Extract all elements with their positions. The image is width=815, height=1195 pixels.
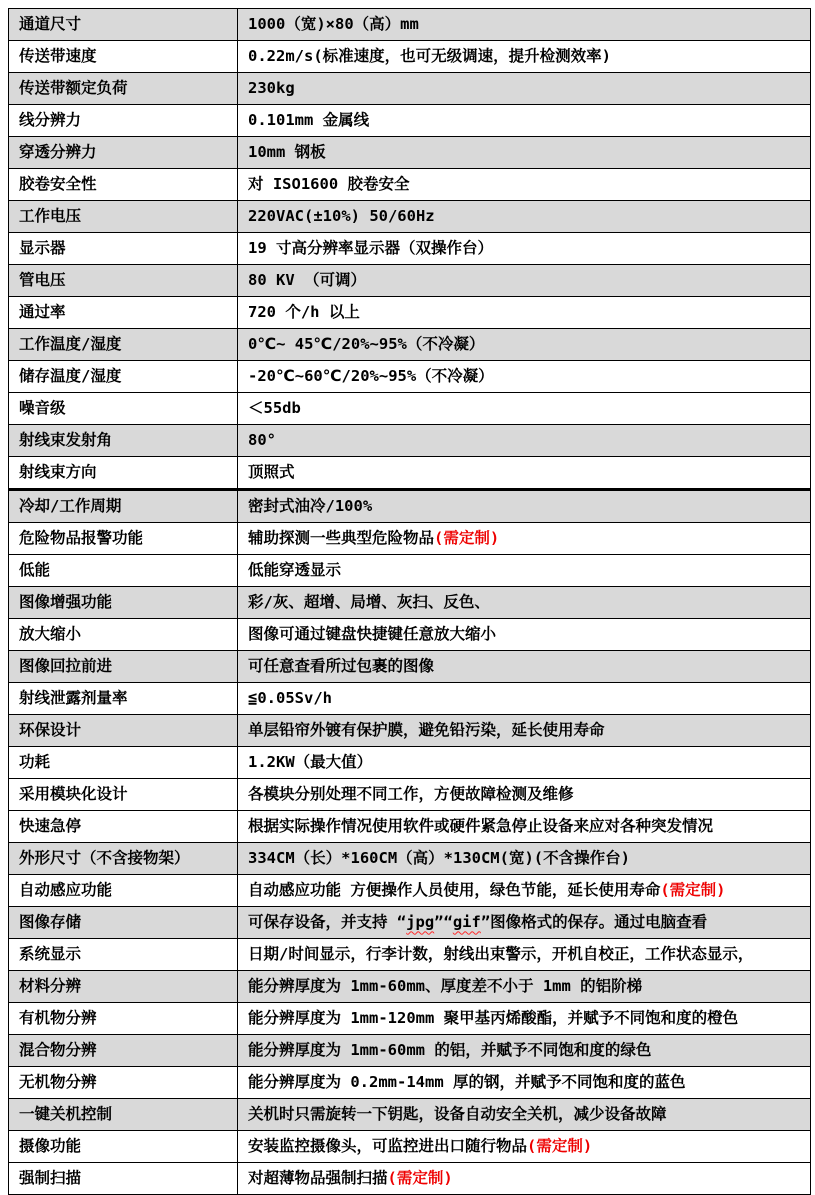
spec-value-text: 顶照式 (248, 463, 295, 481)
spec-value: 220VAC(±10%) 50/60Hz (238, 201, 811, 233)
spec-value: 80° (238, 425, 811, 457)
table-row: 冷却/工作周期密封式油冷/100% (9, 490, 811, 523)
table-row: 储存温度/湿度-20℃~60℃/20%~95%（不冷凝） (9, 361, 811, 393)
spec-label: 无机物分辨 (9, 1067, 238, 1099)
spec-value-text: 1000（宽)×80（高）mm (248, 15, 419, 33)
spec-value-text: 能分辨厚度为 1mm-120mm 聚甲基丙烯酸酯，并赋予不同饱和度的橙色 (248, 1009, 738, 1027)
spec-value: ＜55db (238, 393, 811, 425)
spec-value: 顶照式 (238, 457, 811, 490)
spec-value-text: 低能穿透显示 (248, 561, 341, 579)
spec-value: 1.2KW（最大值） (238, 747, 811, 779)
spec-label: 摄像功能 (9, 1131, 238, 1163)
spec-table-body: 通道尺寸1000（宽)×80（高）mm传送带速度0.22m/s(标准速度，也可无… (9, 9, 811, 1195)
spec-value: 19 寸高分辨率显示器（双操作台） (238, 233, 811, 265)
table-row: 工作温度/湿度0℃~ 45℃/20%~95%（不冷凝） (9, 329, 811, 361)
spec-value-text: 密封式油冷/100% (248, 497, 372, 515)
table-row: 功耗1.2KW（最大值） (9, 747, 811, 779)
table-row: 工作电压220VAC(±10%) 50/60Hz (9, 201, 811, 233)
spec-label: 外形尺寸（不含接物架） (9, 843, 238, 875)
table-row: 摄像功能安装监控摄像头，可监控进出口随行物品(需定制) (9, 1131, 811, 1163)
table-row: 快速急停根据实际操作情况使用软件或硬件紧急停止设备来应对各种突发情况 (9, 811, 811, 843)
table-row: 射线束方向顶照式 (9, 457, 811, 490)
spec-value: 辅助探测一些典型危险物品(需定制) (238, 523, 811, 555)
table-row: 无机物分辨能分辨厚度为 0.2mm-14mm 厚的钢，并赋予不同饱和度的蓝色 (9, 1067, 811, 1099)
spec-value-text: 10mm 钢板 (248, 143, 326, 161)
table-row: 显示器19 寸高分辨率显示器（双操作台） (9, 233, 811, 265)
spec-value-text: 图像可通过键盘快捷键任意放大缩小 (248, 625, 496, 643)
spec-label: 穿透分辨力 (9, 137, 238, 169)
spec-value: 能分辨厚度为 0.2mm-14mm 厚的钢，并赋予不同饱和度的蓝色 (238, 1067, 811, 1099)
spec-label: 工作温度/湿度 (9, 329, 238, 361)
spec-value: 1000（宽)×80（高）mm (238, 9, 811, 41)
customization-required-note: (需定制) (660, 881, 725, 899)
spec-label: 射线束方向 (9, 457, 238, 490)
spec-value: 720 个/h 以上 (238, 297, 811, 329)
spec-label: 图像回拉前进 (9, 651, 238, 683)
spec-value-text: ”图像格式的保存。通过电脑查看 (481, 913, 707, 931)
spec-value-text: ＜55db (248, 399, 301, 417)
spec-value-text: -20℃~60℃/20%~95%（不冷凝） (248, 367, 494, 385)
spec-value-text: 可任意查看所过包裹的图像 (248, 657, 434, 675)
table-row: 低能低能穿透显示 (9, 555, 811, 587)
spec-value-text: 80 KV （可调） (248, 271, 366, 289)
spec-value-text: 334CM（长）*160CM（高）*130CM(宽)(不含操作台) (248, 849, 630, 867)
spec-value: ≦0.05Sv/h (238, 683, 811, 715)
spec-value: 自动感应功能 方便操作人员使用，绿色节能，延长使用寿命(需定制) (238, 875, 811, 907)
table-row: 管电压80 KV （可调） (9, 265, 811, 297)
spec-value: 密封式油冷/100% (238, 490, 811, 523)
spec-value: 单层铅帘外镀有保护膜，避免铅污染，延长使用寿命 (238, 715, 811, 747)
spec-value-text: ≦0.05Sv/h (248, 689, 332, 707)
spec-value: 80 KV （可调） (238, 265, 811, 297)
spec-value-text: 日期/时间显示，行李计数，射线出束警示，开机自校正，工作状态显示， (248, 945, 753, 963)
table-row: 混合物分辨能分辨厚度为 1mm-60mm 的铝，并赋予不同饱和度的绿色 (9, 1035, 811, 1067)
spec-value-text: ”“ (434, 913, 453, 931)
spec-label: 自动感应功能 (9, 875, 238, 907)
spec-label: 功耗 (9, 747, 238, 779)
spec-label: 胶卷安全性 (9, 169, 238, 201)
table-row: 穿透分辨力10mm 钢板 (9, 137, 811, 169)
spec-value-text: 0.101mm 金属线 (248, 111, 369, 129)
spec-value-text: 彩/灰、超增、局增、灰扫、反色、 (248, 593, 490, 611)
spec-label: 图像存储 (9, 907, 238, 939)
table-row: 射线泄露剂量率≦0.05Sv/h (9, 683, 811, 715)
spec-value-text: 能分辨厚度为 0.2mm-14mm 厚的钢，并赋予不同饱和度的蓝色 (248, 1073, 685, 1091)
spec-value-text: 根据实际操作情况使用软件或硬件紧急停止设备来应对各种突发情况 (248, 817, 713, 835)
customization-required-note: (需定制) (388, 1169, 453, 1187)
spec-label: 混合物分辨 (9, 1035, 238, 1067)
spec-value: 各模块分别处理不同工作，方便故障检测及维修 (238, 779, 811, 811)
spec-value: 能分辨厚度为 1mm-120mm 聚甲基丙烯酸酯，并赋予不同饱和度的橙色 (238, 1003, 811, 1035)
spec-value-text: 各模块分别处理不同工作，方便故障检测及维修 (248, 785, 574, 803)
spec-value-text: 0℃~ 45℃/20%~95%（不冷凝） (248, 335, 484, 353)
spec-value: 可任意查看所过包裹的图像 (238, 651, 811, 683)
spec-value: 日期/时间显示，行李计数，射线出束警示，开机自校正，工作状态显示， (238, 939, 811, 971)
table-row: 传送带速度0.22m/s(标准速度，也可无级调速，提升检测效率) (9, 41, 811, 73)
spec-value: 可保存设备，并支持 “jpg”“gif”图像格式的保存。通过电脑查看 (238, 907, 811, 939)
spec-value-text: 230kg (248, 79, 295, 97)
spec-value-text: 安装监控摄像头，可监控进出口随行物品 (248, 1137, 527, 1155)
spec-value: 彩/灰、超增、局增、灰扫、反色、 (238, 587, 811, 619)
table-row: 胶卷安全性对 ISO1600 胶卷安全 (9, 169, 811, 201)
spec-value: 关机时只需旋转一下钥匙，设备自动安全关机，减少设备故障 (238, 1099, 811, 1131)
spec-value: 图像可通过键盘快捷键任意放大缩小 (238, 619, 811, 651)
spec-label: 图像增强功能 (9, 587, 238, 619)
spec-label: 快速急停 (9, 811, 238, 843)
spec-value: 0.22m/s(标准速度，也可无级调速，提升检测效率) (238, 41, 811, 73)
spec-label: 线分辨力 (9, 105, 238, 137)
spec-value: 10mm 钢板 (238, 137, 811, 169)
table-row: 通过率720 个/h 以上 (9, 297, 811, 329)
table-row: 环保设计单层铅帘外镀有保护膜，避免铅污染，延长使用寿命 (9, 715, 811, 747)
spec-value-text: 80° (248, 431, 276, 449)
spec-label: 传送带额定负荷 (9, 73, 238, 105)
table-row: 外形尺寸（不含接物架）334CM（长）*160CM（高）*130CM(宽)(不含… (9, 843, 811, 875)
spellcheck-flagged-word: gif (453, 913, 481, 931)
spec-value-text: 对超薄物品强制扫描 (248, 1169, 388, 1187)
spec-label: 材料分辨 (9, 971, 238, 1003)
spec-value: 能分辨厚度为 1mm-60mm 的铝，并赋予不同饱和度的绿色 (238, 1035, 811, 1067)
spec-label: 传送带速度 (9, 41, 238, 73)
spec-label: 显示器 (9, 233, 238, 265)
spec-label: 射线泄露剂量率 (9, 683, 238, 715)
spec-value: 对 ISO1600 胶卷安全 (238, 169, 811, 201)
spec-label: 放大缩小 (9, 619, 238, 651)
spec-label: 低能 (9, 555, 238, 587)
table-row: 一键关机控制关机时只需旋转一下钥匙，设备自动安全关机，减少设备故障 (9, 1099, 811, 1131)
spec-label: 一键关机控制 (9, 1099, 238, 1131)
table-row: 系统显示日期/时间显示，行李计数，射线出束警示，开机自校正，工作状态显示， (9, 939, 811, 971)
spec-label: 冷却/工作周期 (9, 490, 238, 523)
table-row: 图像存储可保存设备，并支持 “jpg”“gif”图像格式的保存。通过电脑查看 (9, 907, 811, 939)
table-row: 图像回拉前进可任意查看所过包裹的图像 (9, 651, 811, 683)
spec-label: 管电压 (9, 265, 238, 297)
spec-label: 储存温度/湿度 (9, 361, 238, 393)
table-row: 传送带额定负荷230kg (9, 73, 811, 105)
table-row: 强制扫描对超薄物品强制扫描(需定制) (9, 1163, 811, 1195)
spec-value: -20℃~60℃/20%~95%（不冷凝） (238, 361, 811, 393)
table-row: 有机物分辨能分辨厚度为 1mm-120mm 聚甲基丙烯酸酯，并赋予不同饱和度的橙… (9, 1003, 811, 1035)
spec-value-text: 关机时只需旋转一下钥匙，设备自动安全关机，减少设备故障 (248, 1105, 667, 1123)
spec-value: 能分辨厚度为 1mm-60mm、厚度差不小于 1mm 的铝阶梯 (238, 971, 811, 1003)
spec-value: 根据实际操作情况使用软件或硬件紧急停止设备来应对各种突发情况 (238, 811, 811, 843)
spec-label: 工作电压 (9, 201, 238, 233)
spec-label: 危险物品报警功能 (9, 523, 238, 555)
table-row: 噪音级＜55db (9, 393, 811, 425)
table-row: 危险物品报警功能辅助探测一些典型危险物品(需定制) (9, 523, 811, 555)
spec-value-text: 1.2KW（最大值） (248, 753, 372, 771)
spec-label: 通过率 (9, 297, 238, 329)
table-row: 线分辨力0.101mm 金属线 (9, 105, 811, 137)
spec-value: 0.101mm 金属线 (238, 105, 811, 137)
spec-value: 对超薄物品强制扫描(需定制) (238, 1163, 811, 1195)
spec-value-text: 辅助探测一些典型危险物品 (248, 529, 434, 547)
spec-value: 334CM（长）*160CM（高）*130CM(宽)(不含操作台) (238, 843, 811, 875)
customization-required-note: (需定制) (434, 529, 499, 547)
spec-value: 230kg (238, 73, 811, 105)
table-row: 放大缩小图像可通过键盘快捷键任意放大缩小 (9, 619, 811, 651)
spec-value-text: 19 寸高分辨率显示器（双操作台） (248, 239, 493, 257)
spec-value-text: 220VAC(±10%) 50/60Hz (248, 207, 435, 225)
spec-value: 安装监控摄像头，可监控进出口随行物品(需定制) (238, 1131, 811, 1163)
table-row: 射线束发射角80° (9, 425, 811, 457)
spec-label: 有机物分辨 (9, 1003, 238, 1035)
spec-value-text: 720 个/h 以上 (248, 303, 360, 321)
spec-label: 射线束发射角 (9, 425, 238, 457)
spec-label: 环保设计 (9, 715, 238, 747)
document-page: 通道尺寸1000（宽)×80（高）mm传送带速度0.22m/s(标准速度，也可无… (0, 0, 815, 1195)
table-row: 采用模块化设计各模块分别处理不同工作，方便故障检测及维修 (9, 779, 811, 811)
spec-table: 通道尺寸1000（宽)×80（高）mm传送带速度0.22m/s(标准速度，也可无… (8, 8, 811, 1195)
spec-label: 系统显示 (9, 939, 238, 971)
spec-label: 通道尺寸 (9, 9, 238, 41)
spec-value: 低能穿透显示 (238, 555, 811, 587)
spec-value-text: 单层铅帘外镀有保护膜，避免铅污染，延长使用寿命 (248, 721, 605, 739)
spec-value-text: 能分辨厚度为 1mm-60mm 的铝，并赋予不同饱和度的绿色 (248, 1041, 651, 1059)
spec-label: 采用模块化设计 (9, 779, 238, 811)
spec-label: 噪音级 (9, 393, 238, 425)
spec-value-text: 0.22m/s(标准速度，也可无级调速，提升检测效率) (248, 47, 611, 65)
spellcheck-flagged-word: jpg (406, 913, 434, 931)
table-row: 通道尺寸1000（宽)×80（高）mm (9, 9, 811, 41)
spec-value-text: 可保存设备，并支持 “ (248, 913, 406, 931)
spec-value-text: 对 ISO1600 胶卷安全 (248, 175, 410, 193)
table-row: 材料分辨能分辨厚度为 1mm-60mm、厚度差不小于 1mm 的铝阶梯 (9, 971, 811, 1003)
table-row: 图像增强功能彩/灰、超增、局增、灰扫、反色、 (9, 587, 811, 619)
spec-value-text: 能分辨厚度为 1mm-60mm、厚度差不小于 1mm 的铝阶梯 (248, 977, 642, 995)
spec-value: 0℃~ 45℃/20%~95%（不冷凝） (238, 329, 811, 361)
customization-required-note: (需定制) (527, 1137, 592, 1155)
spec-value-text: 自动感应功能 方便操作人员使用，绿色节能，延长使用寿命 (248, 881, 660, 899)
table-row: 自动感应功能自动感应功能 方便操作人员使用，绿色节能，延长使用寿命(需定制) (9, 875, 811, 907)
spec-label: 强制扫描 (9, 1163, 238, 1195)
